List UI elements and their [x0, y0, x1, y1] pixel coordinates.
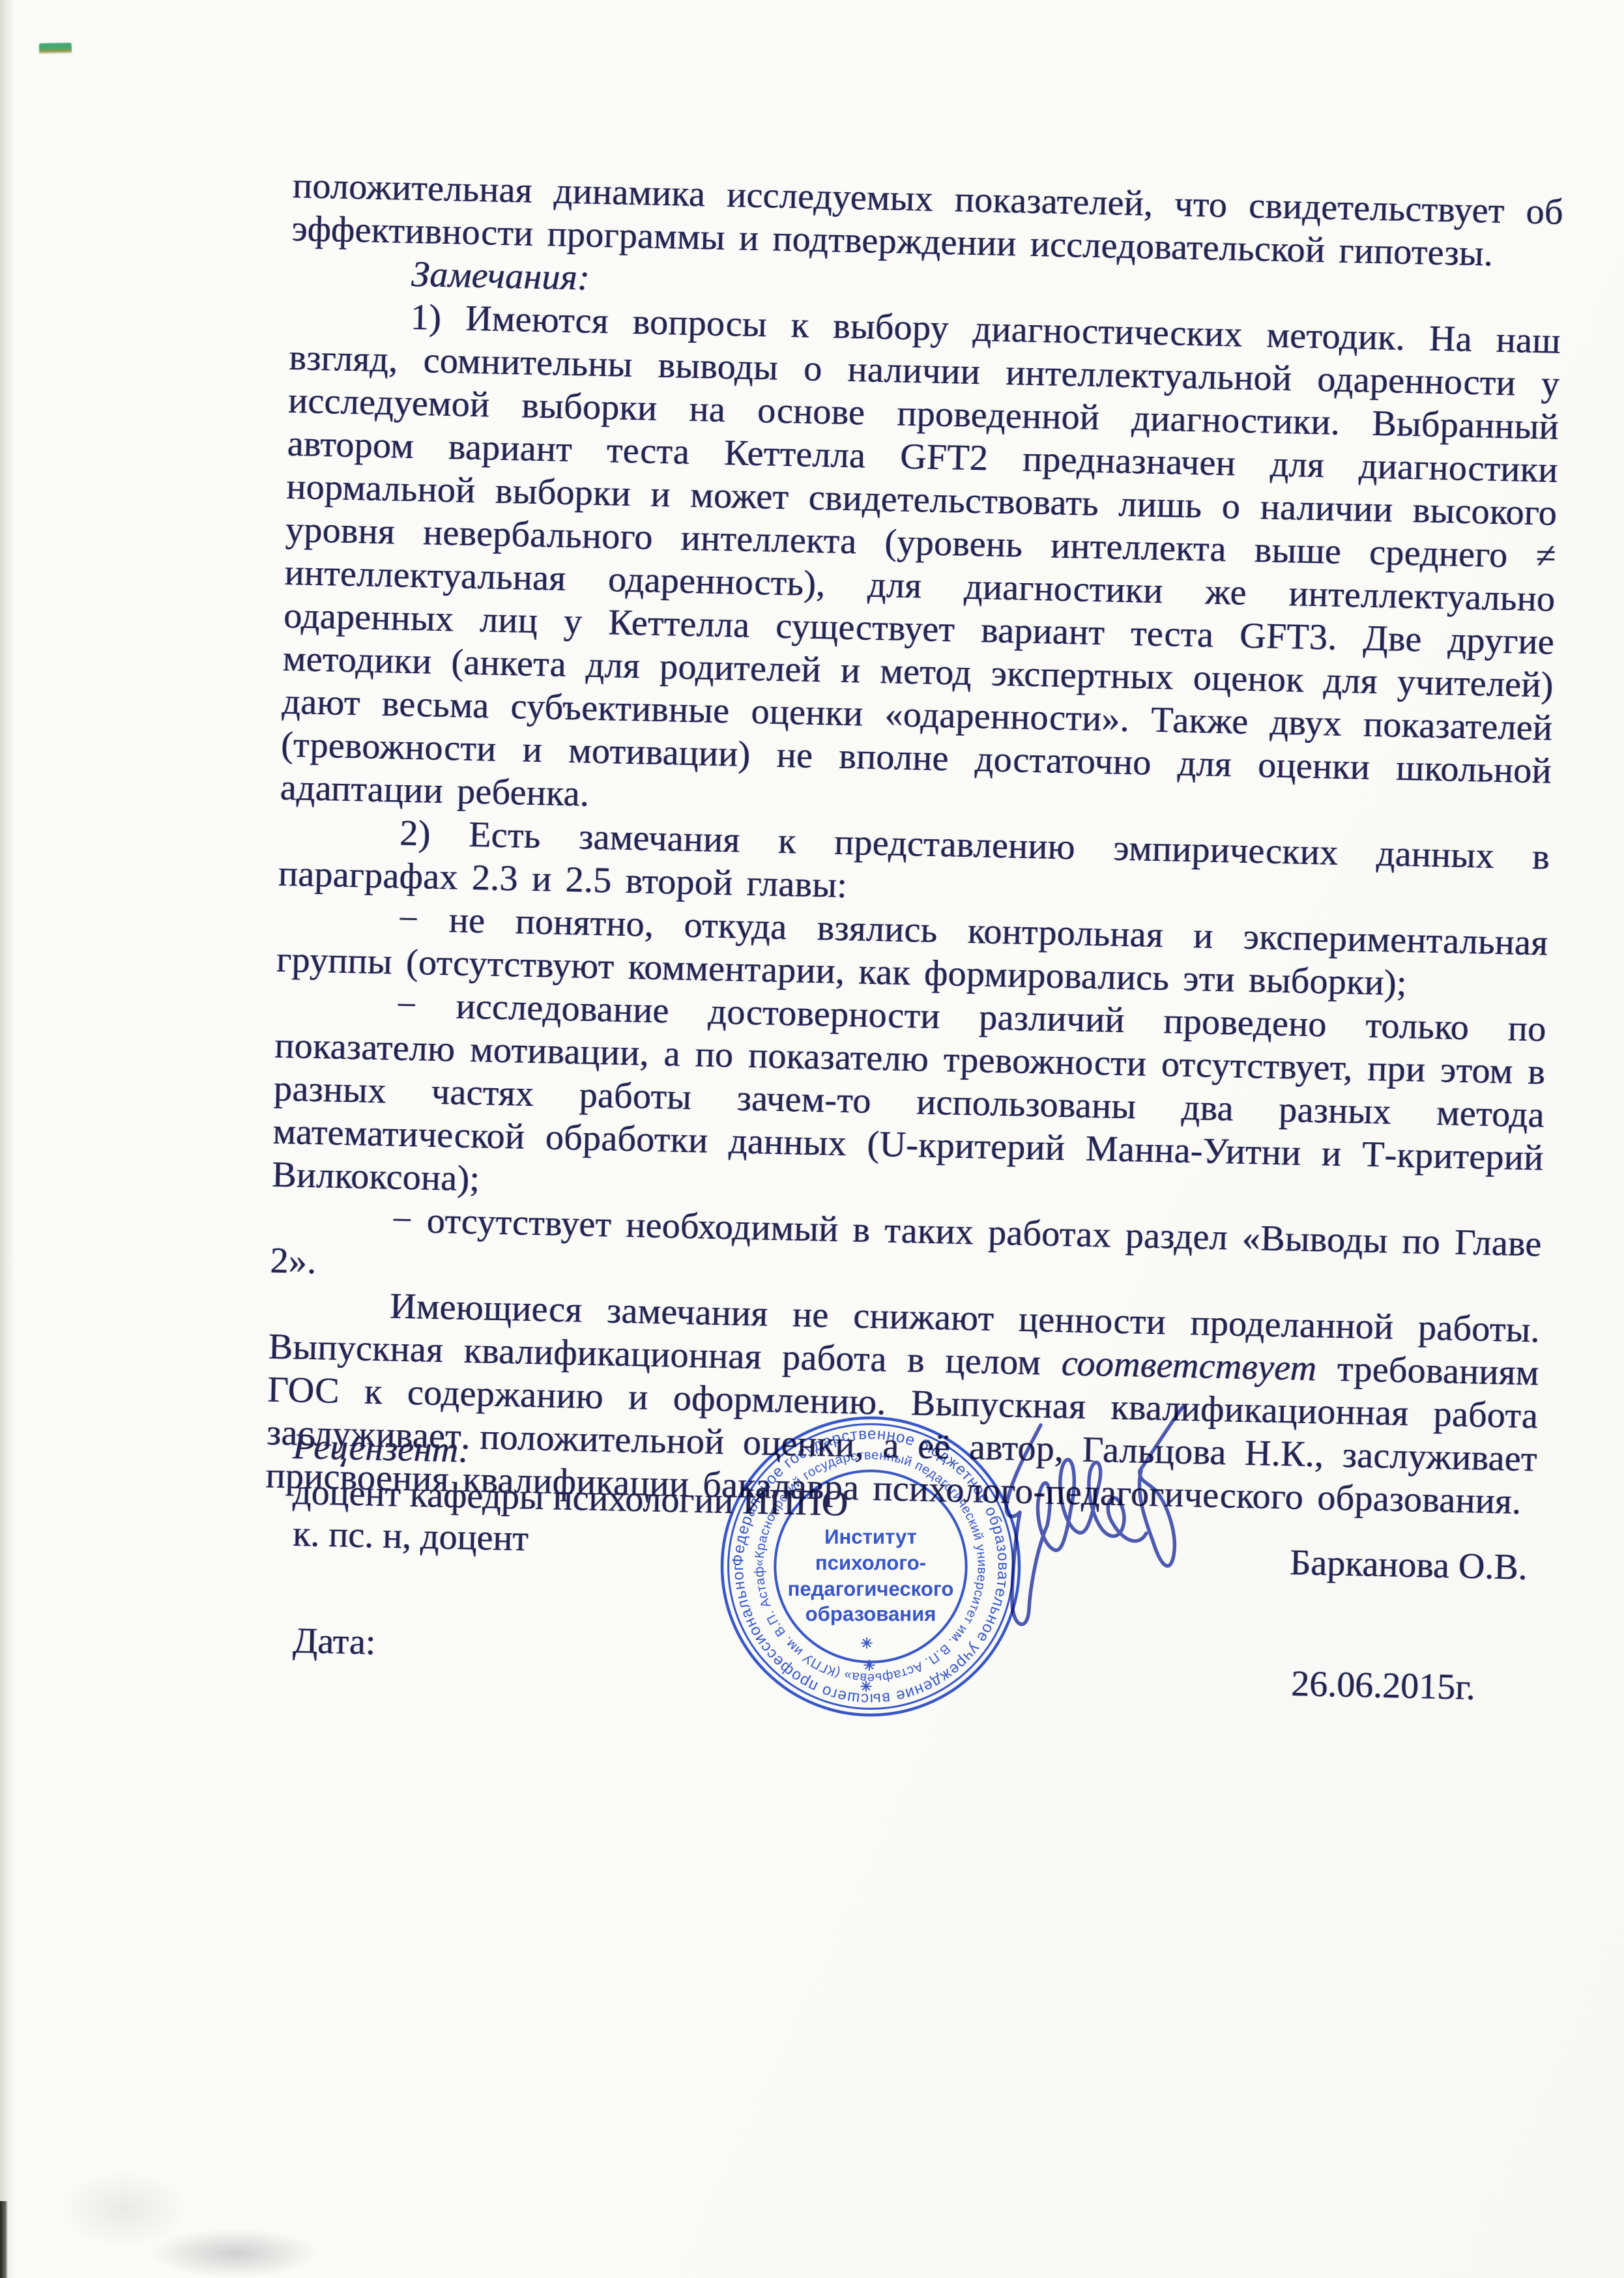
- signature-stroke: [1012, 1460, 1146, 1624]
- signature-stroke: [1006, 1425, 1041, 1516]
- handwritten-signature: [974, 1385, 1192, 1645]
- stamp-center-line-2: психолого-: [815, 1551, 926, 1574]
- assessment-emphasis: соответствует: [1061, 1343, 1317, 1389]
- stamp-center-line-4: образования: [805, 1602, 936, 1625]
- reviewer-name: Барканова О.В.: [1290, 1542, 1528, 1589]
- reviewer-label: Рецензент:: [293, 1426, 471, 1471]
- stamp-asterisk: ✳: [861, 1636, 873, 1652]
- stamp-asterisk: ✳: [860, 1679, 873, 1695]
- remark-2-list-item: − исследование достоверности различий пр…: [272, 981, 1546, 1223]
- signature-stroke: [1139, 1471, 1174, 1566]
- scan-smudge-artifact: [59, 2170, 189, 2248]
- signature-stroke: [1140, 1407, 1183, 1471]
- reviewer-degree-line: к. пс. н, доцент: [293, 1513, 529, 1560]
- stamp-asterisk: ✳: [863, 1658, 876, 1674]
- stamp-center-line-1: Институт: [824, 1525, 917, 1548]
- stamp-center-line-3: педагогического: [788, 1578, 954, 1600]
- review-body-text: положительная динамика исследуемых показ…: [265, 164, 1563, 1523]
- pen-mark-artifact: [39, 43, 72, 55]
- date-value: 26.06.2015г.: [1291, 1663, 1476, 1708]
- scan-corner-artifact: [0, 2201, 8, 2278]
- scanned-review-page: положительная динамика исследуемых показ…: [0, 0, 1624, 2278]
- date-label: Дата:: [293, 1620, 376, 1664]
- scan-edge-artifact: [0, 0, 14, 2278]
- remark-1-paragraph: 1) Имеются вопросы к выбору диагностичес…: [280, 293, 1561, 836]
